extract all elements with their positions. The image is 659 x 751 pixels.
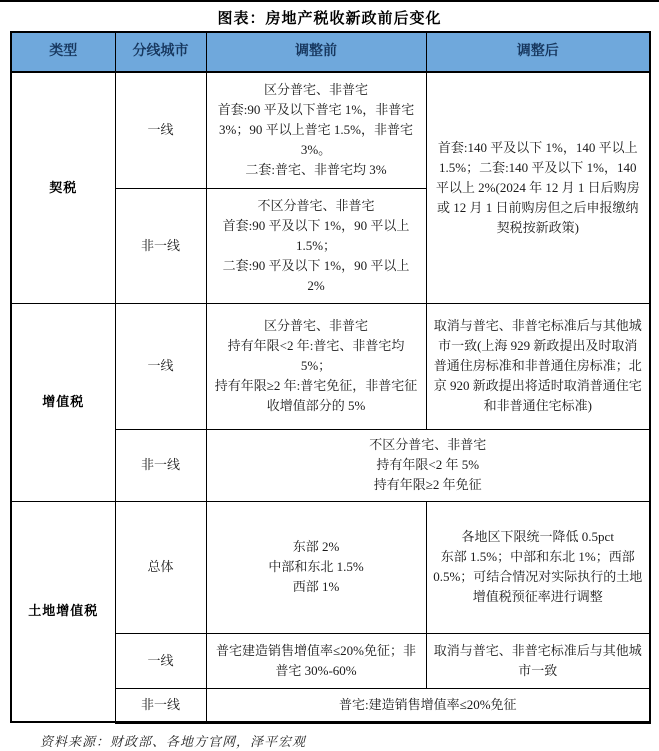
policy-cell-before: 东部 2% 中部和东北 1.5% 西部 1% xyxy=(206,501,426,633)
tier-cell: 一线 xyxy=(115,303,206,429)
tier-cell: 总体 xyxy=(115,501,206,633)
policy-cell-before: 不区分普宅、非普宅 首套:90 平及以下 1%，90 平以上 1.5%； 二套:… xyxy=(206,188,426,303)
tier-cell: 非一线 xyxy=(115,688,206,722)
tier-cell: 一线 xyxy=(115,633,206,688)
category-cell-land-vat: 土地增值税 xyxy=(11,501,115,722)
tier-cell: 非一线 xyxy=(115,429,206,501)
tier-cell: 非一线 xyxy=(115,188,206,303)
policy-cell-after: 取消与普宅、非普宅标准后与其他城市一致(上海 929 新政提出及时取消普通住房标… xyxy=(426,303,650,429)
figure-title: 图表：房地产税收新政前后变化 xyxy=(0,7,659,28)
source-note: 资料来源：财政部、各地方官网，泽平宏观 xyxy=(40,731,659,750)
policy-cell-after: 各地区下限统一降低 0.5pct 东部 1.5%；中部和东北 1%；西部 0.5… xyxy=(426,501,650,633)
col-header-type: 类型 xyxy=(11,32,115,72)
col-header-city-tier: 分线城市 xyxy=(115,32,206,72)
table-row: 契税 一线 区分普宅、非普宅 首套:90 平及以下普宅 1%，非普宅 3%；90… xyxy=(11,72,650,188)
table-row: 增值税 一线 区分普宅、非普宅 持有年限<2 年:普宅、非普宅均 5%； 持有年… xyxy=(11,303,650,429)
policy-cell-before: 普宅建造销售增值率≤20%免征；非普宅 30%-60% xyxy=(206,633,426,688)
tier-cell: 一线 xyxy=(115,72,206,188)
table-row: 土地增值税 总体 东部 2% 中部和东北 1.5% 西部 1% 各地区下限统一降… xyxy=(11,501,650,633)
col-header-before: 调整前 xyxy=(206,32,426,72)
policy-cell-merged: 普宅:建造销售增值率≤20%免征 xyxy=(206,688,650,722)
policy-cell-after-merged: 首套:140 平及以下 1%，140 平以上 1.5%；二套:140 平及以下 … xyxy=(426,72,650,303)
policy-cell-before: 区分普宅、非普宅 持有年限<2 年:普宅、非普宅均 5%； 持有年限≥2 年:普… xyxy=(206,303,426,429)
col-header-after: 调整后 xyxy=(426,32,650,72)
policy-cell-before: 区分普宅、非普宅 首套:90 平及以下普宅 1%，非普宅 3%；90 平以上普宅… xyxy=(206,72,426,188)
tax-policy-table: 类型 分线城市 调整前 调整后 契税 一线 区分普宅、非普宅 首套:90 平及以… xyxy=(10,31,651,724)
policy-cell-after: 取消与普宅、非普宅标准后与其他城市一致 xyxy=(426,633,650,688)
table-header-row: 类型 分线城市 调整前 调整后 xyxy=(11,32,650,72)
top-rule xyxy=(0,0,659,2)
category-cell-vat: 增值税 xyxy=(11,303,115,501)
category-cell-deed-tax: 契税 xyxy=(11,72,115,303)
policy-cell-merged: 不区分普宅、非普宅 持有年限<2 年 5% 持有年限≥2 年免征 xyxy=(206,429,650,501)
